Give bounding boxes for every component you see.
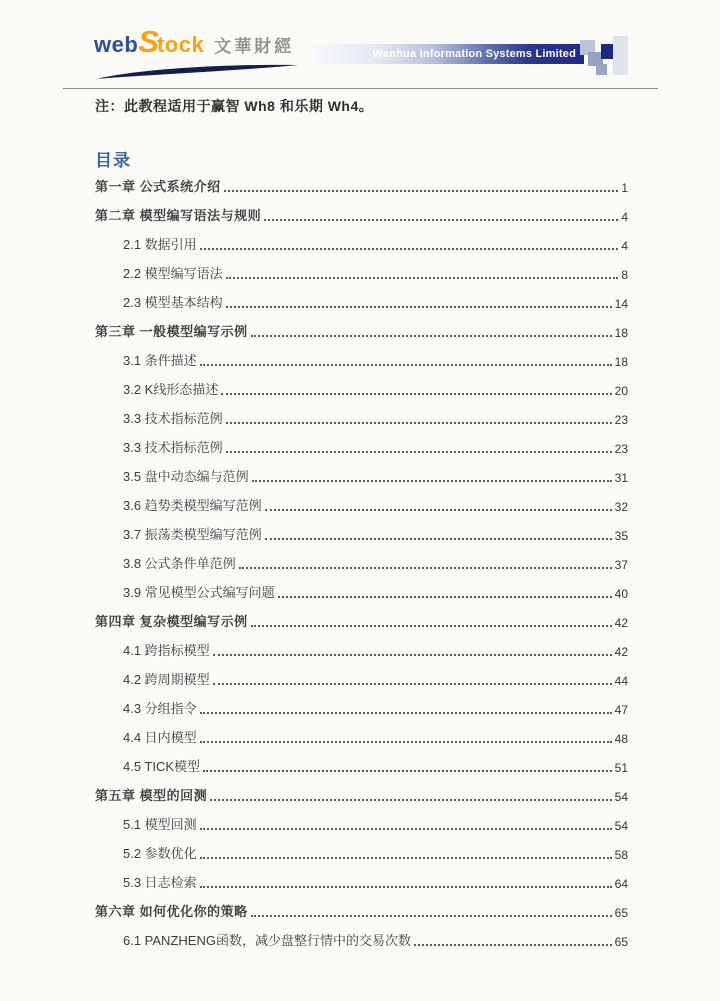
toc-entry[interactable]: 5.2 参数优化 58 [95, 838, 628, 867]
toc-entry[interactable]: 3.3 技术指标范例 23 [95, 432, 628, 461]
header-divider [63, 88, 658, 89]
toc-entry[interactable]: 3.5 盘中动态编与范例 31 [95, 461, 628, 490]
toc-dot-leader [226, 306, 612, 308]
toc-entry[interactable]: 3.7 振荡类模型编写范例 35 [95, 519, 628, 548]
toc-entry[interactable]: 6.1 PANZHENG函数，减少盘整行情中的交易次数 65 [95, 925, 628, 954]
toc-dot-leader [200, 248, 619, 250]
toc-entry-label: 5.2 参数优化 [123, 843, 197, 862]
document-page: webStock 文華財經 Wenhua Information Systems… [0, 0, 720, 1001]
toc-dot-leader [224, 190, 619, 192]
toc-entry-label: 3.6 趋势类模型编写范例 [123, 495, 262, 514]
logo-s-swoosh-letter: S [138, 30, 159, 55]
toc-entry[interactable]: 5.1 模型回测 54 [95, 809, 628, 838]
toc-page-number: 42 [615, 616, 628, 630]
toc-entry-label: 第一章 公式系统介绍 [95, 176, 221, 195]
toc-page-number: 47 [615, 703, 628, 717]
toc-dot-leader [226, 277, 619, 279]
toc-entry[interactable]: 2.1 数据引用 4 [95, 229, 628, 258]
toc-entry-label: 5.1 模型回测 [123, 814, 197, 833]
toc-page-number: 4 [621, 210, 628, 224]
toc-dot-leader [203, 770, 612, 772]
toc-dot-leader [226, 451, 612, 453]
toc-entry-label: 3.1 条件描述 [123, 350, 197, 369]
toc-dot-leader [251, 625, 612, 627]
toc-page-number: 51 [615, 761, 628, 775]
toc-page-number: 35 [615, 529, 628, 543]
company-chinese-name: 文華財經 [214, 32, 294, 57]
toc-page-number: 42 [615, 645, 628, 659]
logo-tock-text: tock [157, 32, 204, 58]
toc-dot-leader [278, 596, 612, 598]
toc-entry-label: 4.2 跨周期模型 [123, 669, 210, 688]
toc-dot-leader [200, 857, 612, 859]
toc-page-number: 8 [621, 268, 628, 282]
toc-dot-leader [200, 712, 612, 714]
toc-entry-label: 4.5 TICK模型 [123, 756, 200, 775]
toc-entry[interactable]: 5.3 日志检索 64 [95, 867, 628, 896]
toc-page-number: 18 [615, 355, 628, 369]
toc-entry-label: 第三章 一般模型编写示例 [95, 321, 248, 340]
toc-page-number: 54 [615, 790, 628, 804]
toc-dot-leader [251, 915, 612, 917]
toc-dot-leader [200, 886, 612, 888]
toc-entry[interactable]: 3.1 条件描述 18 [95, 345, 628, 374]
toc-entry[interactable]: 3.3 技术指标范例 23 [95, 403, 628, 432]
toc-dot-leader [252, 480, 612, 482]
toc-dot-leader [200, 364, 612, 366]
toc-entry-label: 3.9 常见模型公式编写问题 [123, 582, 275, 601]
toc-entry-label: 2.1 数据引用 [123, 234, 197, 253]
toc-page-number: 40 [615, 587, 628, 601]
toc-entry-label: 3.5 盘中动态编与范例 [123, 466, 249, 485]
toc-entry-label: 第六章 如何优化你的策略 [95, 901, 248, 920]
toc-entry[interactable]: 3.2 K线形态描述 20 [95, 374, 628, 403]
toc-dot-leader [200, 828, 612, 830]
webstock-logo: webStock 文華財經 [94, 30, 309, 80]
toc-dot-leader [213, 654, 612, 656]
toc-entry-label: 第二章 模型编写语法与规则 [95, 205, 261, 224]
toc-dot-leader [239, 567, 612, 569]
toc-dot-leader [200, 741, 612, 743]
toc-entry-label: 5.3 日志检索 [123, 872, 197, 891]
toc-entry-label: 4.3 分组指令 [123, 698, 197, 717]
company-banner-text: Wenhua Information Systems Limited [373, 48, 584, 60]
toc-entry-label: 第四章 复杂模型编写示例 [95, 611, 248, 630]
toc-entry[interactable]: 第六章 如何优化你的策略 65 [95, 896, 628, 925]
toc-entry-label: 6.1 PANZHENG函数，减少盘整行情中的交易次数 [123, 930, 411, 949]
toc-page-number: 65 [615, 935, 628, 949]
toc-entry[interactable]: 3.6 趋势类模型编写范例 32 [95, 490, 628, 519]
toc-entry[interactable]: 2.2 模型编写语法 8 [95, 258, 628, 287]
toc-heading: 目录 [95, 146, 131, 171]
company-banner: Wenhua Information Systems Limited [313, 44, 584, 64]
toc-entry[interactable]: 4.1 跨指标模型 42 [95, 635, 628, 664]
toc-entry-label: 4.4 日内模型 [123, 727, 197, 746]
toc-entry[interactable]: 4.4 日内模型 48 [95, 722, 628, 751]
toc-entry[interactable]: 第二章 模型编写语法与规则 4 [95, 200, 628, 229]
note-text: 注：此教程适用于赢智 Wh8 和乐期 Wh4。 [95, 96, 635, 116]
toc-dot-leader [264, 219, 618, 221]
toc-dot-leader [251, 335, 612, 337]
toc-page-number: 64 [615, 877, 628, 891]
toc-entry-label: 3.7 振荡类模型编写范例 [123, 524, 262, 543]
mosaic-square [613, 36, 628, 75]
toc-entry[interactable]: 第五章 模型的回测 54 [95, 780, 628, 809]
toc-page-number: 44 [615, 674, 628, 688]
logo-web-text: web [94, 32, 138, 58]
toc-entry[interactable]: 2.3 模型基本结构 14 [95, 287, 628, 316]
toc-dot-leader [414, 944, 612, 946]
toc-page-number: 58 [615, 848, 628, 862]
toc-dot-leader [210, 799, 612, 801]
toc-dot-leader [265, 509, 612, 511]
webstock-logo-text: webStock 文華財經 [94, 30, 309, 58]
toc-page-number: 18 [615, 326, 628, 340]
toc-page-number: 23 [615, 413, 628, 427]
toc-dot-leader [213, 683, 612, 685]
toc-dot-leader [226, 422, 612, 424]
logo-swoosh-icon [94, 63, 302, 81]
toc-entry[interactable]: 第一章 公式系统介绍 1 [95, 171, 628, 200]
toc-page-number: 37 [615, 558, 628, 572]
toc-entry-label: 3.2 K线形态描述 [123, 379, 218, 398]
toc-page-number: 48 [615, 732, 628, 746]
toc-entry-label: 第五章 模型的回测 [95, 785, 207, 804]
toc-entry-label: 4.1 跨指标模型 [123, 640, 210, 659]
toc-entry[interactable]: 4.5 TICK模型 51 [95, 751, 628, 780]
toc-dot-leader [265, 538, 612, 540]
mosaic-square [596, 64, 607, 75]
toc-entry[interactable]: 第四章 复杂模型编写示例 42 [95, 606, 628, 635]
toc-page-number: 23 [615, 442, 628, 456]
toc-entry[interactable]: 4.3 分组指令 47 [95, 693, 628, 722]
toc-entry-label: 3.8 公式条件单范例 [123, 553, 236, 572]
toc-entry[interactable]: 第三章 一般模型编写示例 18 [95, 316, 628, 345]
toc-page-number: 14 [615, 297, 628, 311]
toc-entry[interactable]: 4.2 跨周期模型 44 [95, 664, 628, 693]
toc-entry-label: 3.3 技术指标范例 [123, 408, 223, 427]
toc-page-number: 1 [621, 181, 628, 195]
toc-page-number: 54 [615, 819, 628, 833]
toc-page-number: 32 [615, 500, 628, 514]
toc-entry-label: 2.3 模型基本结构 [123, 292, 223, 311]
toc-page-number: 20 [615, 384, 628, 398]
toc-entry[interactable]: 3.9 常见模型公式编写问题 40 [95, 577, 628, 606]
toc-page-number: 65 [615, 906, 628, 920]
toc-page-number: 31 [615, 471, 628, 485]
toc-entry[interactable]: 3.8 公式条件单范例 37 [95, 548, 628, 577]
toc-entry-label: 3.3 技术指标范例 [123, 437, 223, 456]
toc-page-number: 4 [621, 239, 628, 253]
toc-dot-leader [221, 393, 611, 395]
toc-entry-label: 2.2 模型编写语法 [123, 263, 223, 282]
toc-list: 第一章 公式系统介绍 1 第二章 模型编写语法与规则 4 2.1 数据引用 4 … [95, 171, 628, 954]
